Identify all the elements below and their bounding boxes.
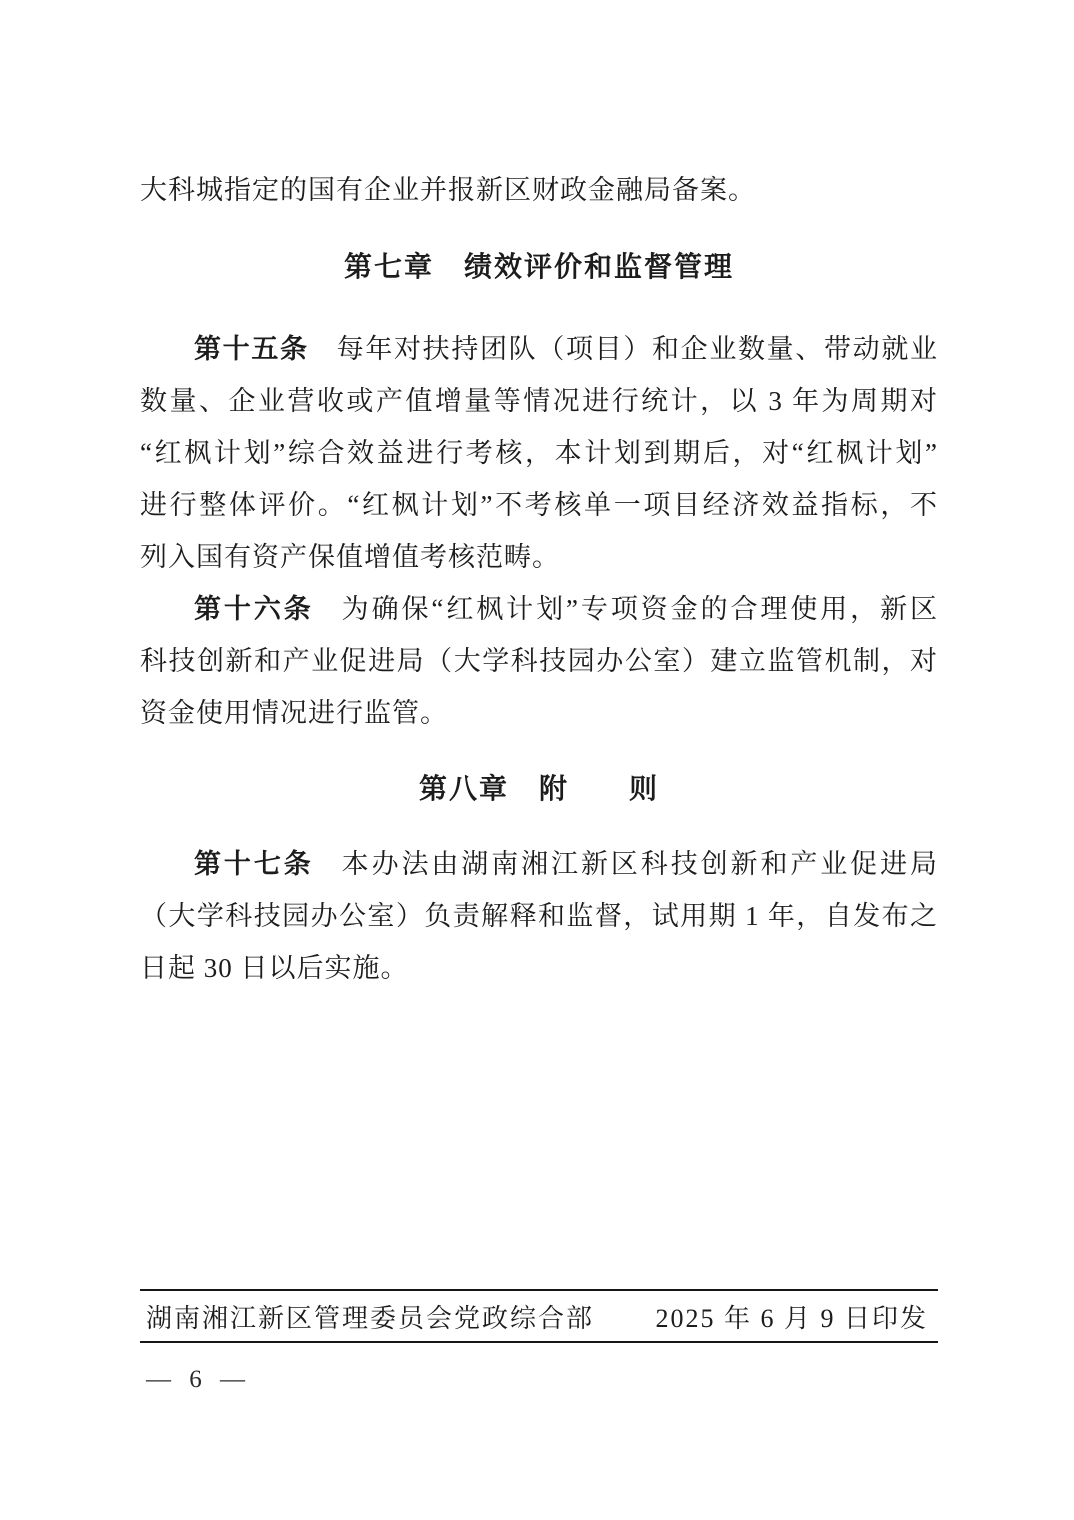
paragraph-continuation-line: 大科城指定的国有企业并报新区财政金融局备案。 [140, 164, 938, 216]
article15-last-line: 列入国有资产保值增值考核范畴。 [140, 531, 938, 583]
article17-label: 第十七条 [194, 849, 314, 879]
article17-line: （大学科技园办公室）负责解释和监督，试用期 1 年，自发布之 [140, 890, 938, 942]
article16-text: 为确保“红枫计划”专项资金的合理使用，新区 [342, 594, 938, 624]
article16-line: 科技创新和产业促进局（大学科技园办公室）建立监管机制，对 [140, 635, 938, 687]
article16-last-line: 资金使用情况进行监管。 [140, 687, 938, 739]
chapter7-heading: 第七章 绩效评价和监督管理 [140, 241, 938, 293]
article17-first-line: 第十七条本办法由湖南湘江新区科技创新和产业促进局 [140, 838, 938, 890]
imprint-issuing-office: 湖南湘江新区管理委员会党政综合部 [140, 1298, 594, 1335]
article15-first-line: 第十五条每年对扶持团队（项目）和企业数量、带动就业 [140, 323, 938, 375]
article17-text: 本办法由湖南湘江新区科技创新和产业促进局 [342, 849, 938, 879]
imprint-box: 湖南湘江新区管理委员会党政综合部 2025 年 6 月 9 日印发 [140, 1289, 938, 1343]
document-body: 大科城指定的国有企业并报新区财政金融局备案。 第七章 绩效评价和监督管理 第十五… [140, 164, 938, 994]
page-number: — 6 — [146, 1358, 251, 1402]
article15-label: 第十五条 [194, 334, 309, 364]
article17-last-line: 日起 30 日以后实施。 [140, 942, 938, 994]
article15-line: 进行整体评价。“红枫计划”不考核单一项目经济效益指标，不 [140, 479, 938, 531]
article15-line: 数量、企业营收或产值增量等情况进行统计，以 3 年为周期对 [140, 375, 938, 427]
chapter8-heading: 第八章 附 则 [140, 763, 938, 815]
article16-first-line: 第十六条为确保“红枫计划”专项资金的合理使用，新区 [140, 583, 938, 635]
imprint-print-date: 2025 年 6 月 9 日印发 [655, 1298, 938, 1335]
article15-text: 每年对扶持团队（项目）和企业数量、带动就业 [337, 334, 938, 364]
article15-line: “红枫计划”综合效益进行考核，本计划到期后，对“红枫计划” [140, 427, 938, 479]
document-page: 大科城指定的国有企业并报新区财政金融局备案。 第七章 绩效评价和监督管理 第十五… [0, 0, 1074, 1520]
article16-label: 第十六条 [194, 594, 314, 624]
